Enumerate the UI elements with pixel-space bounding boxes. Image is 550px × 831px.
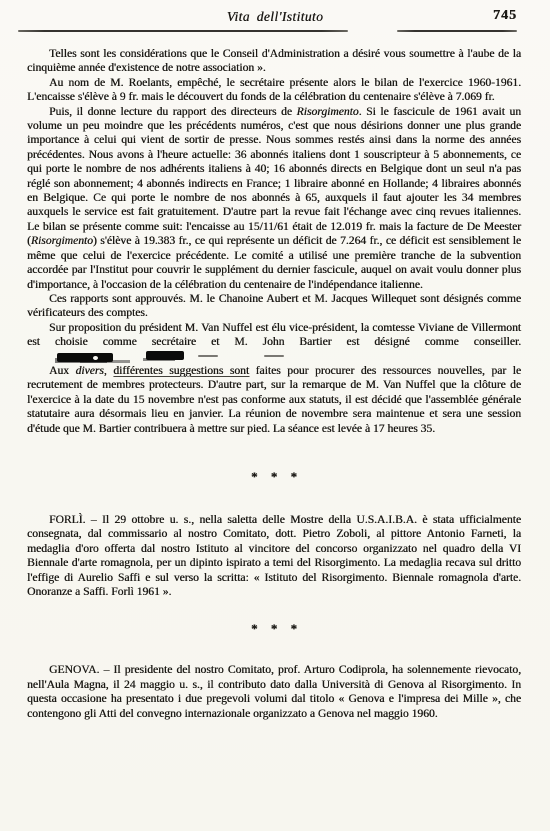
scanned-book-page: Vita dell'Istituto 745 Telles sont les c… [0, 0, 550, 831]
pencil-dash-mark [198, 355, 218, 357]
section-separator: * * * [27, 622, 521, 636]
ink-blob-icon [57, 353, 113, 362]
paragraph-genova: GENOVA. – Il presidente del nostro Comit… [27, 663, 521, 721]
text-segment: divers [75, 364, 103, 377]
paragraph-verificateurs: Ces rapports sont approuvés. M. le Chano… [27, 292, 521, 321]
text-segment: Au nom de M. Roelants, empêché, le secré… [27, 76, 521, 103]
header-rule-left-segment [18, 30, 348, 32]
section-separator: * * * [27, 470, 521, 484]
ink-blob-icon [146, 351, 184, 360]
text-segment: Risorgimento [297, 105, 359, 118]
paragraph-text: FORLÌ. – Il 29 ottobre u. s., nella sale… [27, 513, 521, 598]
text-segment: . Si le fascicule de 1961 avait un volum… [27, 105, 521, 248]
ink-redaction-mark [27, 350, 284, 363]
running-header-title: Vita dell'Istituto [0, 9, 550, 25]
paragraph-considerations: Telles sont les considérations que le Co… [27, 47, 521, 76]
paragraph-divers: Aux divers, différentes suggestions sont… [27, 364, 521, 436]
text-segment: Risorgimento [31, 234, 93, 247]
pencil-dash-mark [264, 355, 284, 357]
header-rule-right-segment [397, 30, 517, 32]
paragraph-bilan-exercice: Au nom de M. Roelants, empêché, le secré… [27, 76, 521, 105]
paragraph-text: Aux divers, différentes suggestions sont… [27, 364, 521, 435]
text-segment: Puis, il donne lecture du rapport des di… [49, 105, 297, 118]
paragraph-elections: Sur proposition du président M. Van Nuff… [27, 321, 521, 364]
text-segment: ) s'élève à 19.383 fr., ce qui représent… [27, 234, 521, 290]
paragraph-text: Ces rapports sont approuvés. M. le Chano… [27, 292, 521, 319]
ink-blob-hole [93, 356, 98, 360]
paragraph-text: Au nom de M. Roelants, empêché, le secré… [27, 76, 521, 103]
text-segment: FORLÌ. – Il 29 ottobre u. s., nella sale… [27, 513, 521, 598]
header-rule [18, 30, 517, 32]
text-segment: GENOVA. – Il presidente del nostro Comit… [27, 663, 521, 719]
text-segment: Sur proposition du président M. Van Nuff… [27, 321, 521, 348]
paragraph-forli: FORLÌ. – Il 29 ottobre u. s., nella sale… [27, 513, 521, 599]
text-segment: différentes suggestions sont [113, 364, 249, 377]
paragraph-text: Telles sont les considérations que le Co… [27, 47, 521, 74]
page-number: 745 [493, 8, 517, 24]
text-segment: Ces rapports sont approuvés. M. le Chano… [27, 292, 521, 319]
paragraph-text: Sur proposition du président M. Van Nuff… [27, 321, 521, 348]
text-segment: Aux [49, 364, 75, 377]
paragraph-rapport-directeurs: Puis, il donne lecture du rapport des di… [27, 105, 521, 292]
paragraph-text: Puis, il donne lecture du rapport des di… [27, 105, 521, 291]
text-segment: , [104, 364, 113, 377]
paragraph-text: GENOVA. – Il presidente del nostro Comit… [27, 663, 521, 719]
text-block: Telles sont les considérations que le Co… [27, 47, 521, 721]
text-segment: Telles sont les considérations que le Co… [27, 47, 521, 74]
